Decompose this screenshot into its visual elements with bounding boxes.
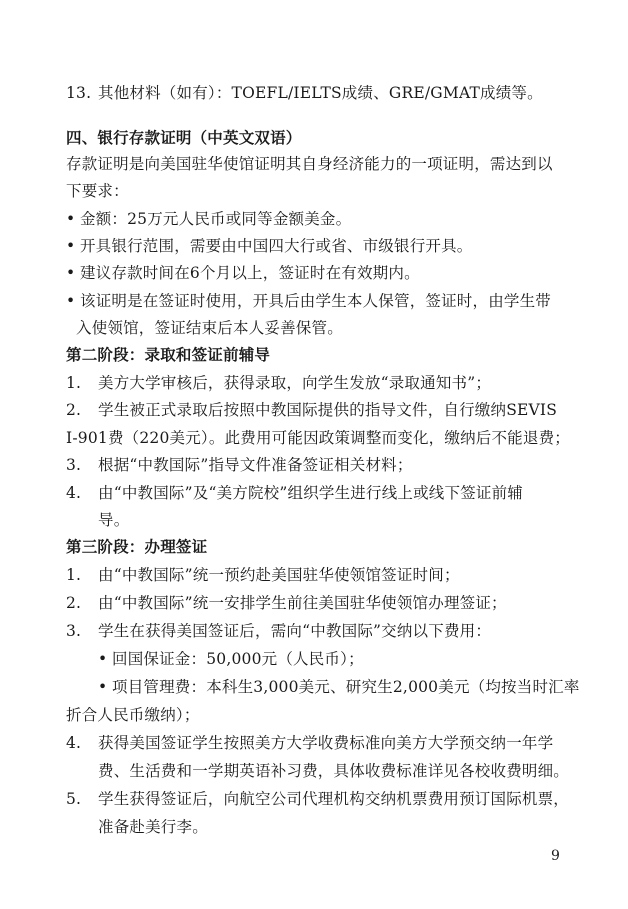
- list-continuation: I-901费（220美元）。此费用可能因政策调整而变化，缴纳后不能退费；: [66, 428, 570, 448]
- list-number: 13.: [66, 83, 98, 103]
- bullet-icon: •: [66, 236, 80, 256]
- fee-bullet: •回国保证金：50,000元（人民币）；: [98, 649, 364, 669]
- list-item: 5.学生获得签证后，向航空公司代理机构交纳机票费用预订国际机票，: [66, 789, 569, 809]
- bullet-item: •开具银行范围，需要由中国四大行或省、市级银行开具。: [66, 236, 473, 256]
- section-heading-bank-deposit: 四、银行存款证明（中英文双语）: [66, 128, 302, 148]
- bullet-icon: •: [66, 263, 80, 283]
- bullet-item: •建议存款时间在6个月以上，签证时在有效期内。: [66, 263, 420, 283]
- bullet-icon: •: [66, 209, 80, 229]
- paragraph-line: 下要求：: [66, 181, 129, 201]
- list-item: 1.美方大学审核后，获得录取，向学生发放“录取通知书”；: [66, 373, 491, 393]
- bullet-continuation: 入使领馆，签证结束后本人妥善保管。: [76, 318, 343, 338]
- list-item: 3.学生在获得美国签证后，需向“中教国际”交纳以下费用：: [66, 621, 491, 641]
- section-heading-stage3: 第三阶段：办理签证: [66, 537, 207, 557]
- page-number: 9: [551, 848, 560, 864]
- list-continuation: 准备赴美行李。: [98, 817, 208, 837]
- bullet-icon: •: [66, 291, 80, 311]
- bullet-item: •金额：25万元人民币或同等金额美金。: [66, 209, 351, 229]
- bullet-icon: •: [98, 649, 112, 669]
- list-item: 2.由“中教国际”统一安排学生前往美国驻华使领馆办理签证；: [66, 593, 507, 613]
- bullet-item: •该证明是在签证时使用，开具后由学生本人保管，签证时，由学生带: [66, 291, 551, 311]
- fee-bullet: •项目管理费：本科生3,000美元、研究生2,000美元（均按当时汇率: [98, 677, 580, 697]
- list-item: 4.由“中教国际”及“美方院校”组织学生进行线上或线下签证前辅: [66, 483, 523, 503]
- paragraph-line: 存款证明是向美国驻华使馆证明其自身经济能力的一项证明，需达到以: [66, 154, 553, 174]
- list-item-13: 13.其他材料（如有）：TOEFL/IELTS成绩、GRE/GMAT成绩等。: [66, 83, 543, 103]
- list-continuation: 费、生活费和一学期英语补习费，具体收费标准详见各校收费明细。: [98, 761, 569, 781]
- list-continuation: 导。: [98, 510, 129, 530]
- fee-bullet-continuation: 折合人民币缴纳）；: [66, 705, 200, 725]
- bullet-icon: •: [98, 677, 112, 697]
- list-item: 2.学生被正式录取后按照中教国际提供的指导文件，自行缴纳SEVIS: [66, 400, 557, 420]
- section-heading-stage2: 第二阶段：录取和签证前辅导: [66, 345, 270, 365]
- list-item: 4.获得美国签证学生按照美方大学收费标准向美方大学预交纳一年学: [66, 733, 553, 753]
- list-item: 3.根据“中教国际”指导文件准备签证相关材料；: [66, 455, 413, 475]
- list-text: 其他材料（如有）：TOEFL/IELTS成绩、GRE/GMAT成绩等。: [98, 84, 543, 102]
- list-item: 1.由“中教国际”统一预约赴美国驻华使领馆签证时间；: [66, 565, 460, 585]
